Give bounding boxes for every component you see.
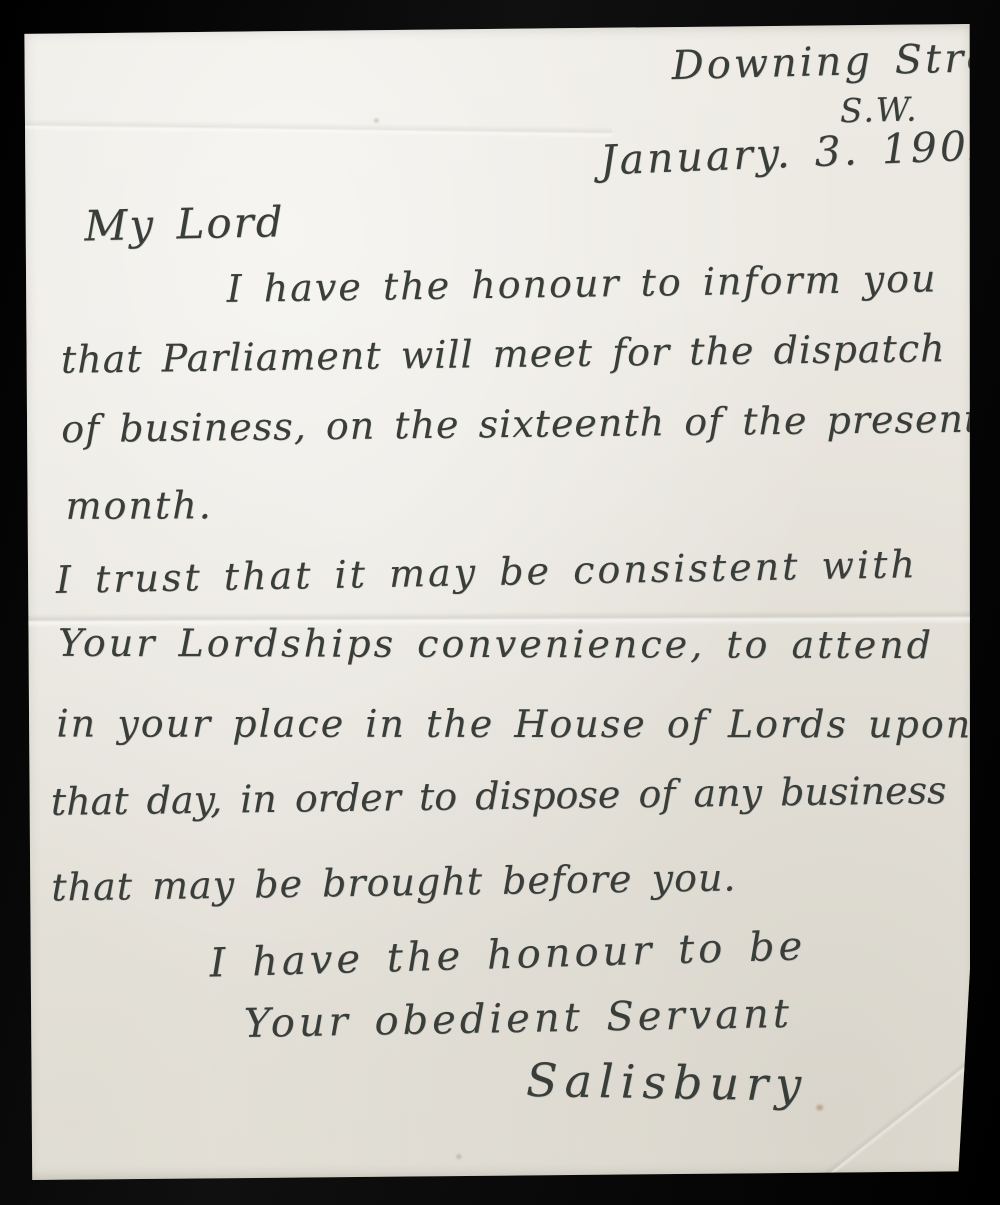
body-line: that day, in order to dispose of any bus… [51, 768, 947, 824]
body-line: in your place in the House of Lords upon [57, 702, 973, 747]
paper-fold-crease-bottom-right [811, 1020, 1000, 1189]
letterhead-address-line-1: Downing Street [671, 34, 1000, 89]
date-line: January. 3. 1902 [599, 121, 999, 185]
photo-black-frame: Downing Street S.W. January. 3. 1902 My … [0, 0, 1000, 1205]
paper-speck [456, 1154, 461, 1159]
salutation: My Lord [84, 197, 285, 250]
body-line: I trust that it may be consistent with [56, 542, 919, 602]
body-line: Your Lordships convenience, to attend [58, 621, 934, 667]
body-line: of business, on the sixteenth of the pre… [61, 397, 980, 451]
paper-speck [816, 1105, 823, 1111]
body-line: month. [65, 483, 212, 528]
closing-line-1: I have the honour to be [209, 923, 807, 986]
body-line: I have the honour to inform you [226, 256, 937, 311]
paper-speck [374, 119, 379, 123]
signature: Salisbury [526, 1053, 809, 1112]
body-line: that may be brought before you. [51, 855, 737, 909]
letter-paper: Downing Street S.W. January. 3. 1902 My … [21, 24, 978, 1180]
body-line: that Parliament will meet for the dispat… [61, 326, 946, 382]
paper-fold-crease-top [22, 119, 612, 139]
closing-line-2: Your obedient Servant [243, 991, 793, 1047]
